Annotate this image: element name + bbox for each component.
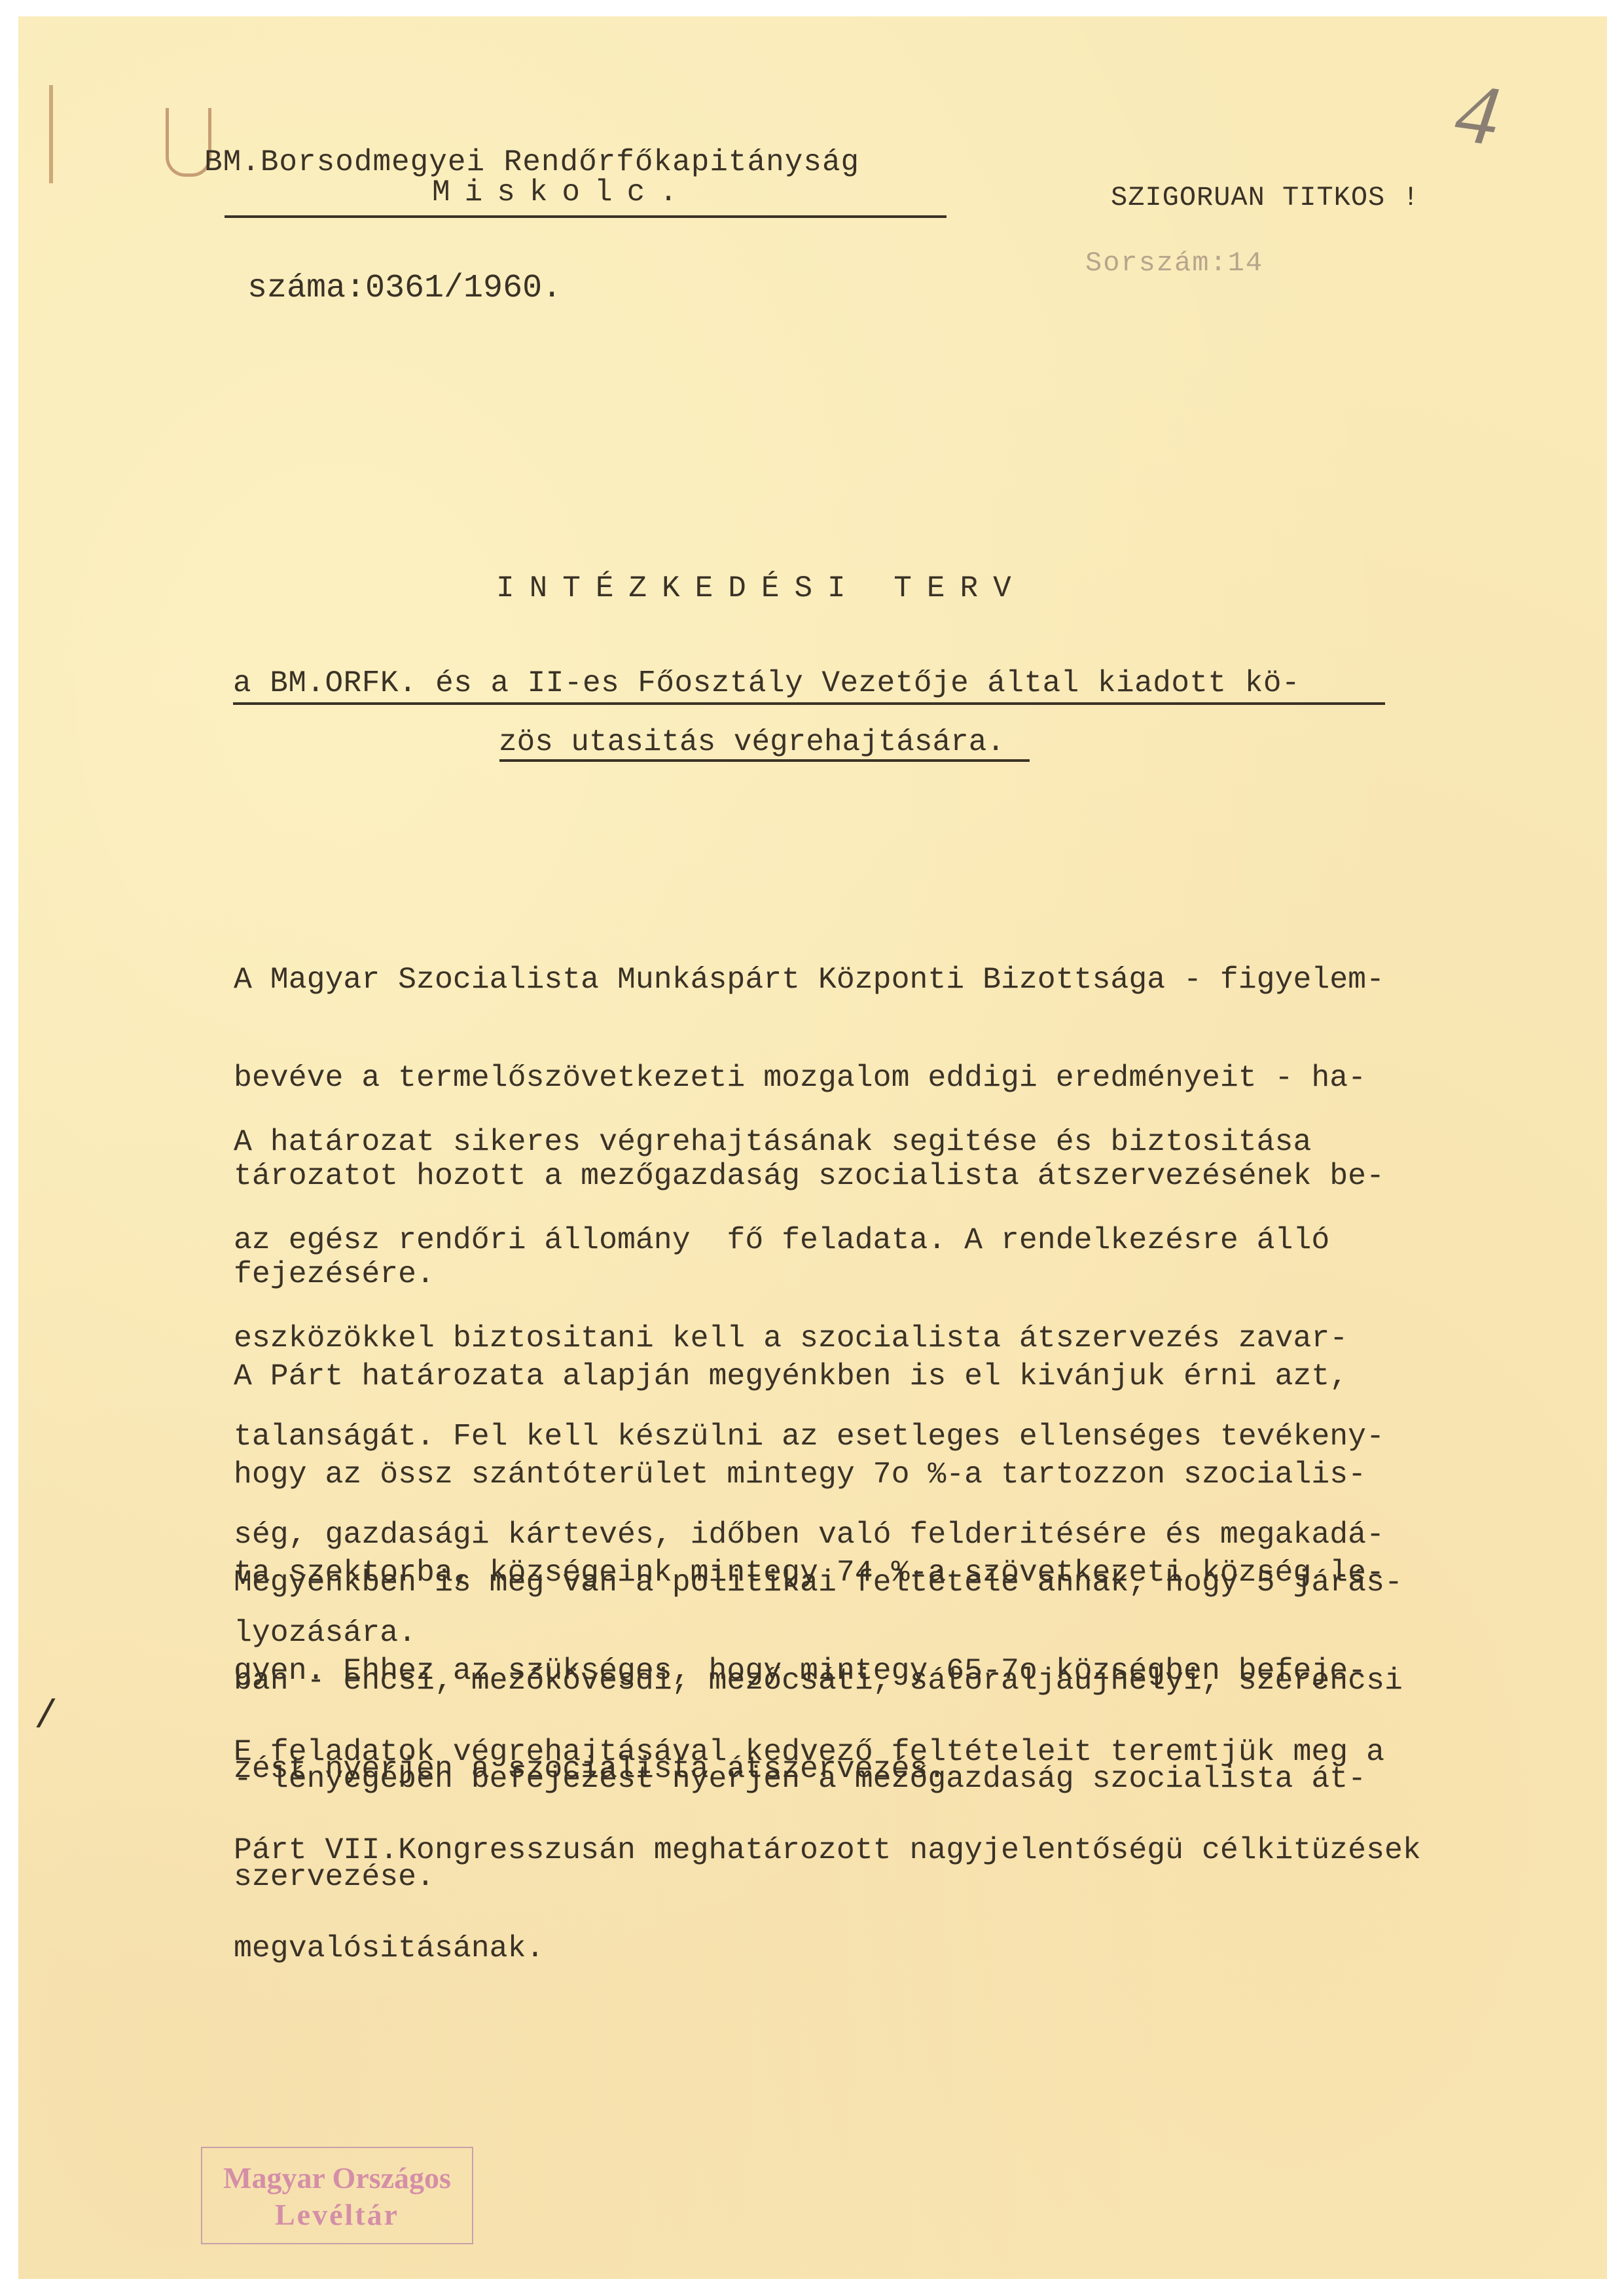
subtitle-underline-1 — [233, 702, 1385, 705]
subtitle-line-1: a BM.ORFK. és a II-es Főosztály Vezetője… — [233, 666, 1300, 700]
paragraph-line: az egész rendőri állomány fő feladata. A… — [234, 1224, 1384, 1257]
paragraph-line: A Magyar Szocialista Munkáspárt Központi… — [234, 963, 1384, 996]
binder-punch-mark — [49, 85, 53, 183]
document-number: száma:0361/1960. — [247, 270, 562, 307]
paragraph-line: A Párt határozata alapján megyénkben is … — [234, 1360, 1384, 1393]
paragraph-line: megvalósitásának. — [234, 1932, 1421, 1965]
archive-stamp-line-1: Magyar Országos — [202, 2161, 472, 2195]
archive-stamp: Magyar Országos Levéltár — [201, 2147, 473, 2244]
paragraph-line: E feladatok végrehajtásával kedvező felt… — [234, 1736, 1421, 1768]
paragraph-line: hogy az össz szántóterület mintegy 7o %-… — [234, 1458, 1384, 1491]
document-title: INTÉZKEDÉSI TERV — [496, 571, 1026, 605]
classification-label: SZIGORUAN TITKOS ! — [1111, 182, 1420, 213]
subtitle-underline-2 — [499, 759, 1030, 762]
header-underline — [225, 215, 947, 218]
subtitle-line-2: zös utasitás végrehajtására. — [499, 725, 1005, 759]
serial-number-stamp: Sorszám:14 — [1085, 247, 1263, 279]
paragraph-5: E feladatok végrehajtásával kedvező felt… — [234, 1670, 1421, 1998]
header-city: Miskolc. — [432, 175, 692, 209]
header-organization: BM.Borsodmegyei Rendőrfőkapitányság — [204, 145, 859, 179]
paragraph-line: Párt VII.Kongresszusán meghatározott nag… — [234, 1834, 1421, 1867]
paragraph-line: Megyénkben is meg van a politikai feltét… — [234, 1566, 1403, 1599]
margin-tick-mark: / — [34, 1695, 58, 1740]
archive-stamp-line-2: Levéltár — [202, 2195, 472, 2234]
paragraph-line: A határozat sikeres végrehajtásának segi… — [234, 1126, 1384, 1158]
